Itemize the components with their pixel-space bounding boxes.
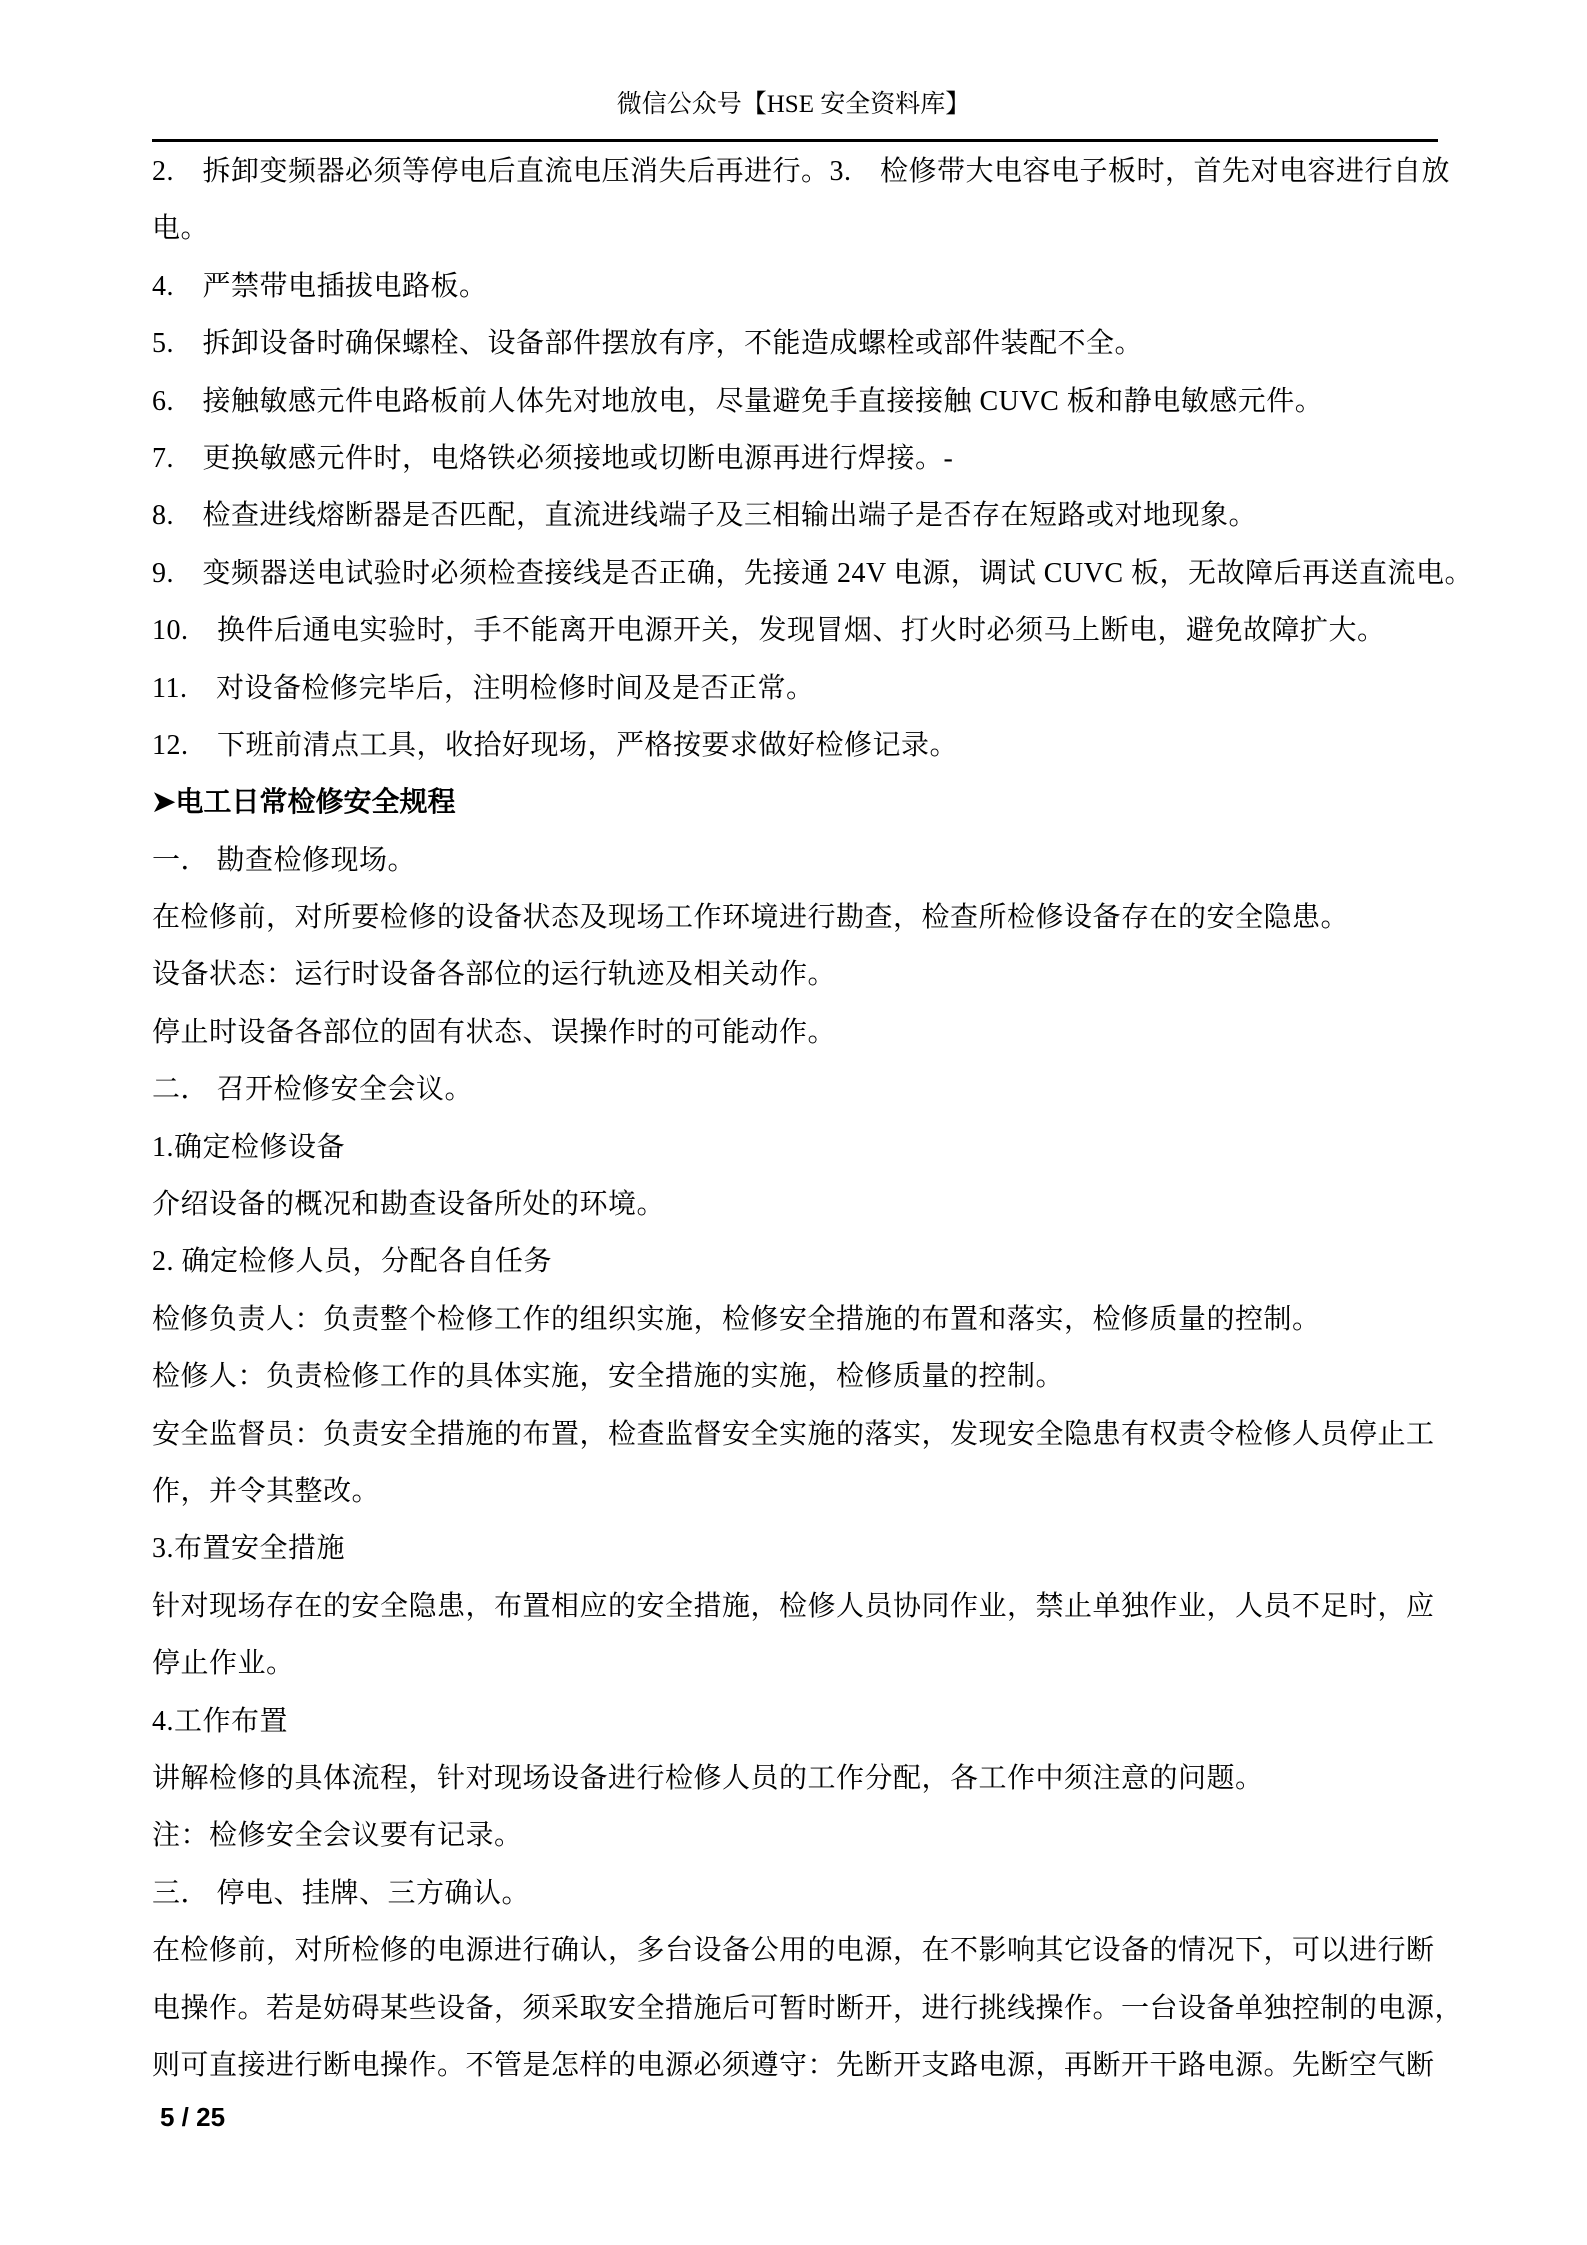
text-line: 7. 更换敏感元件时，电烙铁必须接地或切断电源再进行焊接。-: [152, 430, 1438, 487]
text-line: 3.布置安全措施: [152, 1520, 1438, 1577]
text-line: 在检修前，对所检修的电源进行确认，多台设备公用的电源，在不影响其它设备的情况下，…: [152, 1922, 1438, 1979]
text-line: 停止时设备各部位的固有状态、误操作时的可能动作。: [152, 1004, 1438, 1061]
text-line: 5. 拆卸设备时确保螺栓、设备部件摆放有序，不能造成螺栓或部件装配不全。: [152, 315, 1438, 372]
text-line: 1.确定检修设备: [152, 1119, 1438, 1176]
document-body: 2. 拆卸变频器必须等停电后直流电压消失后再进行。3. 检修带大电容电子板时，首…: [152, 143, 1438, 2094]
text-line: 安全监督员：负责安全措施的布置，检查监督安全实施的落实，发现安全隐患有权责令检修…: [152, 1406, 1438, 1463]
text-line: 电操作。若是妨碍某些设备，须采取安全措施后可暂时断开，进行挑线操作。一台设备单独…: [152, 1980, 1438, 2037]
text-line: 12. 下班前清点工具，收拾好现场，严格按要求做好检修记录。: [152, 717, 1438, 774]
page-header: 微信公众号【HSE 安全资料库】: [0, 88, 1587, 122]
document-page: 微信公众号【HSE 安全资料库】 2. 拆卸变频器必须等停电后直流电压消失后再进…: [0, 0, 1587, 2245]
section-heading: ➤电工日常检修安全规程: [152, 774, 1438, 831]
text-line: 11. 对设备检修完毕后，注明检修时间及是否正常。: [152, 660, 1438, 717]
text-line: 4. 严禁带电插拔电路板。: [152, 258, 1438, 315]
page-number: 5 / 25: [160, 2100, 225, 2134]
text-line: 作，并令其整改。: [152, 1463, 1438, 1520]
text-line: 讲解检修的具体流程，针对现场设备进行检修人员的工作分配，各工作中须注意的问题。: [152, 1750, 1438, 1807]
text-line: 二． 召开检修安全会议。: [152, 1061, 1438, 1118]
header-title: 微信公众号【HSE 安全资料库】: [617, 91, 970, 118]
text-line: 电。: [152, 200, 1438, 257]
header-divider: [152, 139, 1438, 142]
text-line: 介绍设备的概况和勘查设备所处的环境。: [152, 1176, 1438, 1233]
text-line: 设备状态：运行时设备各部位的运行轨迹及相关动作。: [152, 946, 1438, 1003]
text-line: 8. 检查进线熔断器是否匹配，直流进线端子及三相输出端子是否存在短路或对地现象。: [152, 487, 1438, 544]
text-line: 6. 接触敏感元件电路板前人体先对地放电，尽量避免手直接接触 CUVC 板和静电…: [152, 373, 1438, 430]
text-line: 2. 确定检修人员，分配各自任务: [152, 1233, 1438, 1290]
text-line: 三． 停电、挂牌、三方确认。: [152, 1865, 1438, 1922]
text-line: 4.工作布置: [152, 1693, 1438, 1750]
text-line: 2. 拆卸变频器必须等停电后直流电压消失后再进行。3. 检修带大电容电子板时，首…: [152, 143, 1438, 200]
text-line: 注：检修安全会议要有记录。: [152, 1807, 1438, 1864]
text-line: 针对现场存在的安全隐患，布置相应的安全措施，检修人员协同作业，禁止单独作业，人员…: [152, 1578, 1438, 1635]
text-line: 一． 勘查检修现场。: [152, 832, 1438, 889]
text-line: 10. 换件后通电实验时，手不能离开电源开关，发现冒烟、打火时必须马上断电，避免…: [152, 602, 1438, 659]
text-line: 9. 变频器送电试验时必须检查接线是否正确，先接通 24V 电源，调试 CUVC…: [152, 545, 1438, 602]
text-line: 停止作业。: [152, 1635, 1438, 1692]
text-line: 在检修前，对所要检修的设备状态及现场工作环境进行勘查，检查所检修设备存在的安全隐…: [152, 889, 1438, 946]
text-line: 则可直接进行断电操作。不管是怎样的电源必须遵守：先断开支路电源，再断开干路电源。…: [152, 2037, 1438, 2094]
text-line: 检修负责人：负责整个检修工作的组织实施，检修安全措施的布置和落实，检修质量的控制…: [152, 1291, 1438, 1348]
text-line: 检修人：负责检修工作的具体实施，安全措施的实施，检修质量的控制。: [152, 1348, 1438, 1405]
